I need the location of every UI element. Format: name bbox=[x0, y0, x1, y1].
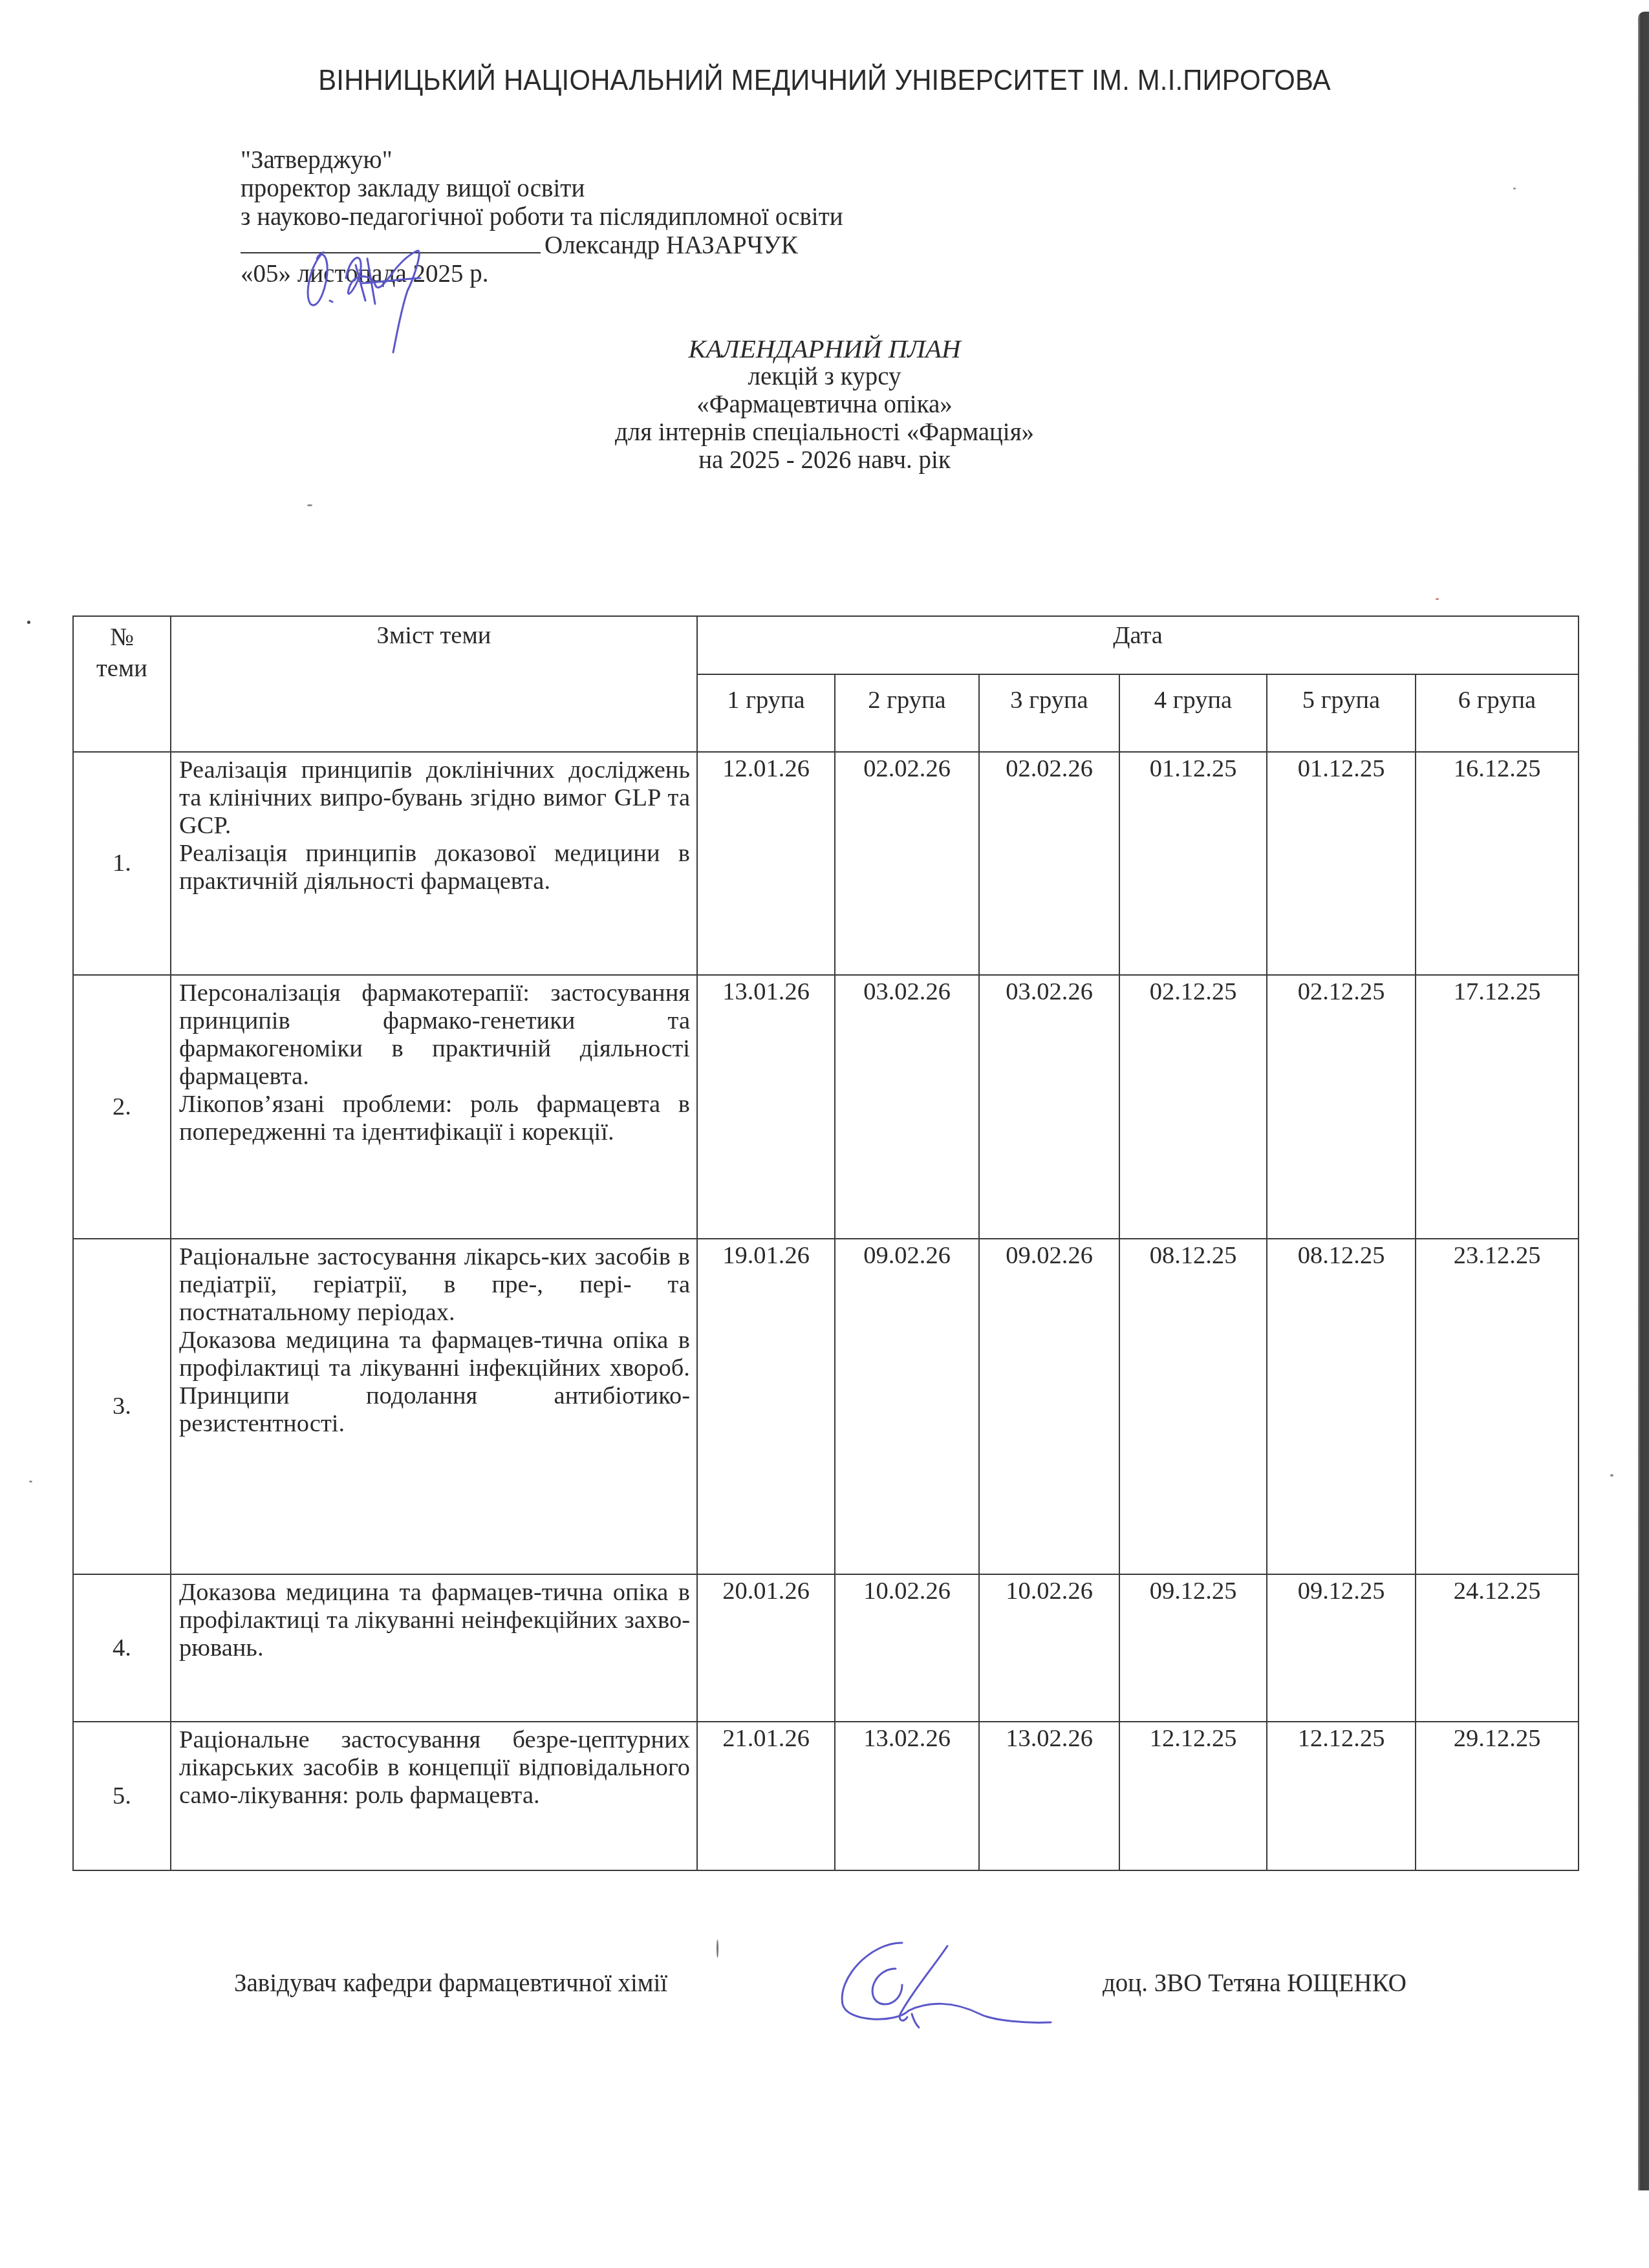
university-title: ВІННИЦЬКИЙ НАЦІОНАЛЬНИЙ МЕДИЧНИЙ УНІВЕРС… bbox=[58, 63, 1591, 97]
scan-speck bbox=[1436, 598, 1439, 600]
date-group-5: 02.12.25 bbox=[1267, 975, 1416, 1239]
date-group-2: 13.02.26 bbox=[835, 1722, 979, 1870]
plan-title: КАЛЕНДАРНИЙ ПЛАН bbox=[0, 335, 1649, 363]
topic-number: 4. bbox=[73, 1574, 171, 1722]
date-group-4: 01.12.25 bbox=[1119, 752, 1267, 975]
department-head-signature-icon bbox=[831, 1940, 1064, 2030]
signature-row: Олександр НАЗАРЧУК bbox=[241, 231, 843, 260]
topic-paragraph: Персоналізація фармакотерапії: застосува… bbox=[179, 979, 690, 1091]
course-name: «Фармацевтична опіка» bbox=[0, 390, 1649, 418]
topic-paragraph: Реалізація принципів доказової медицини … bbox=[179, 840, 690, 895]
date-group-4: 08.12.25 bbox=[1119, 1239, 1267, 1574]
date-group-1: 19.01.26 bbox=[697, 1239, 835, 1574]
approver-position-line2: з науково-педагогічної роботи та післяди… bbox=[241, 203, 843, 231]
scan-speck bbox=[307, 504, 312, 506]
approval-block: "Затверджую" проректор закладу вищої осв… bbox=[241, 146, 843, 288]
date-group-5: 12.12.25 bbox=[1267, 1722, 1416, 1870]
header-group-1: 1 група bbox=[697, 674, 835, 752]
topic-content: Раціональне застосування лікарсь-ких зас… bbox=[171, 1239, 697, 1574]
scan-speck bbox=[29, 1481, 32, 1482]
date-group-3: 13.02.26 bbox=[979, 1722, 1119, 1870]
date-group-4: 12.12.25 bbox=[1119, 1722, 1267, 1870]
topic-paragraph: Доказова медицина та фармацев-тична опік… bbox=[179, 1327, 690, 1438]
scan-speck bbox=[27, 621, 30, 624]
topic-paragraph: Лікопов’язані проблеми: роль фармацевта … bbox=[179, 1091, 690, 1146]
plan-subtitle: лекцій з курсу bbox=[0, 363, 1649, 390]
scan-speck bbox=[1610, 1474, 1613, 1477]
date-group-1: 21.01.26 bbox=[697, 1722, 835, 1870]
date-group-2: 09.02.26 bbox=[835, 1239, 979, 1574]
topic-paragraph: Раціональне застосування безре-цептурних… bbox=[179, 1726, 690, 1810]
date-group-6: 23.12.25 bbox=[1416, 1239, 1579, 1574]
topic-number: 3. bbox=[73, 1239, 171, 1574]
date-group-2: 02.02.26 bbox=[835, 752, 979, 975]
header-group-6: 6 група bbox=[1416, 674, 1579, 752]
header-date: Дата bbox=[697, 616, 1579, 674]
header-num-symbol: № bbox=[74, 622, 170, 653]
academic-year: на 2025 - 2026 навч. рік bbox=[0, 446, 1649, 474]
topic-paragraph: Доказова медицина та фармацев-тична опік… bbox=[179, 1579, 690, 1662]
table-row: 2. Персоналізація фармакотерапії: застос… bbox=[73, 975, 1579, 1239]
date-group-3: 02.02.26 bbox=[979, 752, 1119, 975]
date-group-4: 09.12.25 bbox=[1119, 1574, 1267, 1722]
date-group-6: 24.12.25 bbox=[1416, 1574, 1579, 1722]
date-group-1: 20.01.26 bbox=[697, 1574, 835, 1722]
header-group-3: 3 група bbox=[979, 674, 1119, 752]
table-row: 1. Реалізація принципів доклінічних досл… bbox=[73, 752, 1579, 975]
topic-paragraph: Раціональне застосування лікарсь-ких зас… bbox=[179, 1243, 690, 1327]
department-head-position: Завідувач кафедри фармацевтичної хімії bbox=[234, 1969, 667, 1998]
date-group-2: 03.02.26 bbox=[835, 975, 979, 1239]
approver-position-line1: проректор закладу вищої освіти bbox=[241, 175, 843, 203]
table-row: 5. Раціональне застосування безре-цептур… bbox=[73, 1722, 1579, 1870]
date-group-1: 13.01.26 bbox=[697, 975, 835, 1239]
date-group-6: 17.12.25 bbox=[1416, 975, 1579, 1239]
date-group-3: 09.02.26 bbox=[979, 1239, 1119, 1574]
scan-speck bbox=[717, 1940, 718, 1958]
header-topic-number: № теми bbox=[73, 616, 171, 752]
lecture-schedule-table: № теми Зміст теми Дата 1 група 2 група 3… bbox=[72, 615, 1579, 1871]
date-group-4: 02.12.25 bbox=[1119, 975, 1267, 1239]
department-head-name: доц. ЗВО Тетяна ЮЩЕНКО bbox=[1103, 1969, 1406, 1998]
table-header-row: № теми Зміст теми Дата bbox=[73, 616, 1579, 674]
approve-label: "Затверджую" bbox=[241, 146, 843, 175]
header-group-5: 5 група bbox=[1267, 674, 1416, 752]
table-row: 3. Раціональне застосування лікарсь-ких … bbox=[73, 1239, 1579, 1574]
header-num-label: теми bbox=[74, 653, 170, 684]
audience: для інтернів спеціальності «Фармація» bbox=[0, 418, 1649, 446]
topic-number: 2. bbox=[73, 975, 171, 1239]
date-group-3: 10.02.26 bbox=[979, 1574, 1119, 1722]
scan-speck bbox=[1513, 187, 1516, 189]
date-group-6: 29.12.25 bbox=[1416, 1722, 1579, 1870]
header-group-2: 2 група bbox=[835, 674, 979, 752]
signature-line bbox=[241, 231, 541, 253]
topic-paragraph: Реалізація принципів доклінічних дослідж… bbox=[179, 756, 690, 840]
date-group-5: 01.12.25 bbox=[1267, 752, 1416, 975]
topic-content: Реалізація принципів доклінічних дослідж… bbox=[171, 752, 697, 975]
document-heading: КАЛЕНДАРНИЙ ПЛАН лекцій з курсу «Фармаце… bbox=[0, 335, 1649, 474]
topic-content: Доказова медицина та фармацев-тична опік… bbox=[171, 1574, 697, 1722]
header-topic-content: Зміст теми bbox=[171, 616, 697, 752]
approver-name: Олександр НАЗАРЧУК bbox=[544, 231, 798, 259]
header-group-4: 4 група bbox=[1119, 674, 1267, 752]
topic-content: Раціональне застосування безре-цептурних… bbox=[171, 1722, 697, 1870]
topic-number: 5. bbox=[73, 1722, 171, 1870]
date-group-5: 09.12.25 bbox=[1267, 1574, 1416, 1722]
table-row: 4. Доказова медицина та фармацев-тична о… bbox=[73, 1574, 1579, 1722]
date-group-3: 03.02.26 bbox=[979, 975, 1119, 1239]
date-group-2: 10.02.26 bbox=[835, 1574, 979, 1722]
date-group-1: 12.01.26 bbox=[697, 752, 835, 975]
date-group-6: 16.12.25 bbox=[1416, 752, 1579, 975]
date-group-5: 08.12.25 bbox=[1267, 1239, 1416, 1574]
topic-content: Персоналізація фармакотерапії: застосува… bbox=[171, 975, 697, 1239]
approval-date: «05» листопада 2025 р. bbox=[241, 260, 843, 288]
topic-number: 1. bbox=[73, 752, 171, 975]
